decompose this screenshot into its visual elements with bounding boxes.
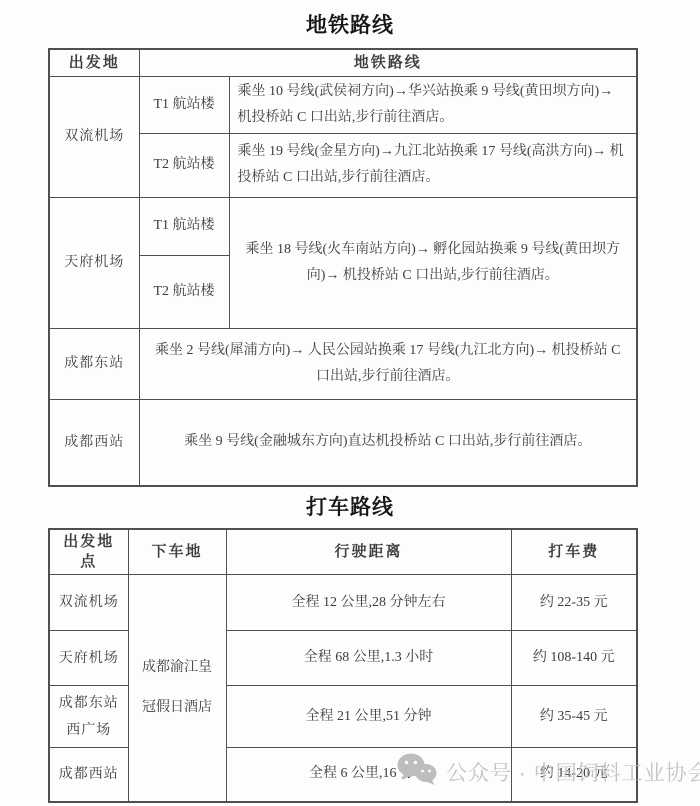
subway-origin-shuangliu: 双流机场 xyxy=(49,76,139,197)
watermark: 公众号 · 中国饲料工业协会 xyxy=(396,752,700,792)
document-page: 地铁路线 出发地 地铁路线 双流机场 T1 航站楼 乘坐 10 号线(武侯祠方向… xyxy=(0,0,700,806)
taxi-header-distance: 行驶距离 xyxy=(226,529,511,575)
subway-terminal-shuangliu-t1: T1 航站楼 xyxy=(139,76,229,133)
subway-header-origin: 出发地 xyxy=(49,49,139,76)
taxi-fare-shuangliu: 约 22-35 元 xyxy=(511,575,637,631)
taxi-distance-shuangliu: 全程 12 公里,28 分钟左右 xyxy=(226,575,511,631)
subway-table: 出发地 地铁路线 双流机场 T1 航站楼 乘坐 10 号线(武侯祠方向)→华兴站… xyxy=(48,48,638,487)
table-row: 双流机场 成都渝江皇冠假日酒店 全程 12 公里,28 分钟左右 约 22-35… xyxy=(49,575,637,631)
taxi-header-dropoff: 下车地 xyxy=(128,529,226,575)
taxi-origin-shuangliu: 双流机场 xyxy=(49,575,128,631)
subway-header-route: 地铁路线 xyxy=(139,49,637,76)
watermark-text: 公众号 · 中国饲料工业协会 xyxy=(446,757,700,787)
taxi-fare-tianfu: 约 108-140 元 xyxy=(511,631,637,686)
wechat-icon xyxy=(396,752,438,792)
subway-origin-dongzhan: 成都东站 xyxy=(49,328,139,399)
subway-section-title: 地铁路线 xyxy=(0,9,700,39)
taxi-destination-hotel: 成都渝江皇冠假日酒店 xyxy=(128,575,226,802)
subway-route-tianfu: 乘坐 18 号线(火车南站方向)→ 孵化园站换乘 9 号线(黄田坝方向)→ 机投… xyxy=(229,197,637,328)
taxi-distance-dongzhan: 全程 21 公里,51 分钟 xyxy=(226,686,511,748)
taxi-origin-tianfu: 天府机场 xyxy=(49,631,128,686)
subway-route-xizhan: 乘坐 9 号线(金融城东方向)直达机投桥站 C 口出站,步行前往酒店。 xyxy=(139,399,637,486)
subway-route-shuangliu-t1: 乘坐 10 号线(武侯祠方向)→华兴站换乘 9 号线(黄田坝方向)→ 机投桥站 … xyxy=(229,76,637,133)
taxi-section-title: 打车路线 xyxy=(0,491,700,521)
subway-route-shuangliu-t2: 乘坐 19 号线(金星方向)→九江北站换乘 17 号线(高洪方向)→ 机投桥站 … xyxy=(229,133,637,197)
taxi-header-origin: 出发地点 xyxy=(49,529,128,575)
taxi-origin-xizhan: 成都西站 xyxy=(49,748,128,802)
taxi-header-fare: 打车费 xyxy=(511,529,637,575)
subway-terminal-shuangliu-t2: T2 航站楼 xyxy=(139,133,229,197)
taxi-distance-tianfu: 全程 68 公里,1.3 小时 xyxy=(226,631,511,686)
subway-origin-xizhan: 成都西站 xyxy=(49,399,139,486)
subway-terminal-tianfu-t1: T1 航站楼 xyxy=(139,197,229,255)
taxi-fare-dongzhan: 约 35-45 元 xyxy=(511,686,637,748)
taxi-origin-dongzhan: 成都东站西广场 xyxy=(49,686,128,748)
subway-route-dongzhan: 乘坐 2 号线(犀浦方向)→ 人民公园站换乘 17 号线(九江北方向)→ 机投桥… xyxy=(139,328,637,399)
subway-terminal-tianfu-t2: T2 航站楼 xyxy=(139,255,229,328)
subway-origin-tianfu: 天府机场 xyxy=(49,197,139,328)
